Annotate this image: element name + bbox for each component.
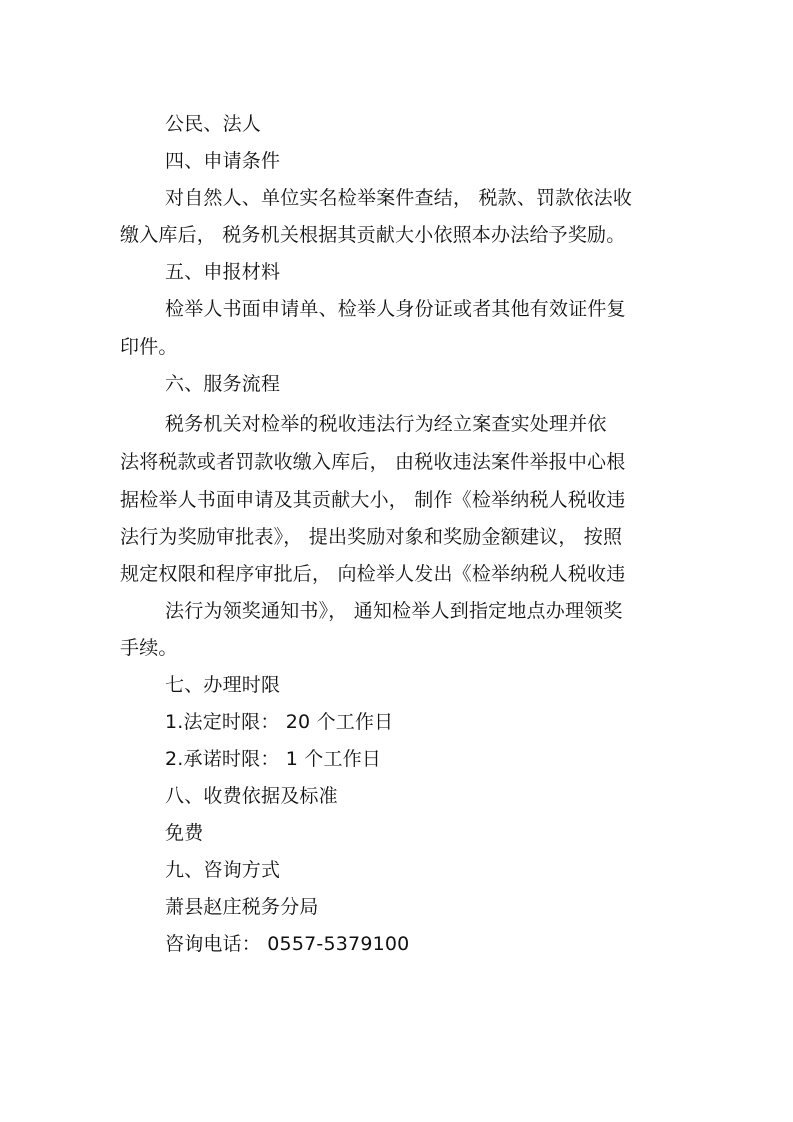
document-page: 公民、法人 四、申请条件 对自然人、单位实名检举案件查结， 税款、罚款依法收 缴… bbox=[0, 0, 793, 1122]
applicant-types: 公民、法人 bbox=[165, 112, 261, 136]
consultation-phone: 咨询电话： 0557-5379100 bbox=[165, 932, 409, 956]
section-heading-fees: 八、收费依据及标准 bbox=[165, 784, 338, 808]
paragraph-line: 印件。 bbox=[120, 335, 178, 359]
paragraph-line: 法将税款或者罚款收缴入库后， 由税收违法案件举报中心根 bbox=[120, 450, 625, 474]
paragraph-line: 据检举人书面申请及其贡献大小， 制作《检举纳税人税收违 bbox=[120, 488, 625, 512]
paragraph-line: 对自然人、单位实名检举案件查结， 税款、罚款依法收 bbox=[165, 186, 632, 210]
paragraph-line: 检举人书面申请单、检举人身份证或者其他有效证件复 bbox=[165, 297, 626, 321]
section-heading-materials: 五、申报材料 bbox=[165, 260, 280, 284]
paragraph-line: 规定权限和程序审批后， 向检举人发出《检举纳税人税收违 bbox=[120, 562, 625, 586]
paragraph-line: 税务机关对检举的税收违法行为经立案查实处理并依 bbox=[165, 412, 607, 436]
statutory-time-limit: 1.法定时限： 20 个工作日 bbox=[165, 710, 393, 734]
promised-time-limit: 2.承诺时限： 1 个工作日 bbox=[165, 747, 381, 771]
office-name: 萧县赵庄税务分局 bbox=[165, 895, 319, 919]
fee-value: 免费 bbox=[165, 821, 203, 845]
paragraph-line: 法行为奖励审批表》， 提出奖励对象和奖励金额建议， 按照 bbox=[120, 525, 622, 549]
section-heading-time-limit: 七、办理时限 bbox=[165, 673, 280, 697]
section-heading-consultation: 九、咨询方式 bbox=[165, 858, 280, 882]
paragraph-line: 手续。 bbox=[120, 636, 178, 660]
section-heading-application-conditions: 四、申请条件 bbox=[165, 149, 280, 173]
section-heading-service-process: 六、服务流程 bbox=[165, 372, 280, 396]
paragraph-line: 法行为领奖通知书》， 通知检举人到指定地点办理领奖 bbox=[165, 599, 623, 623]
paragraph-line: 缴入库后， 税务机关根据其贡献大小依照本办法给予奖励。 bbox=[120, 223, 625, 247]
